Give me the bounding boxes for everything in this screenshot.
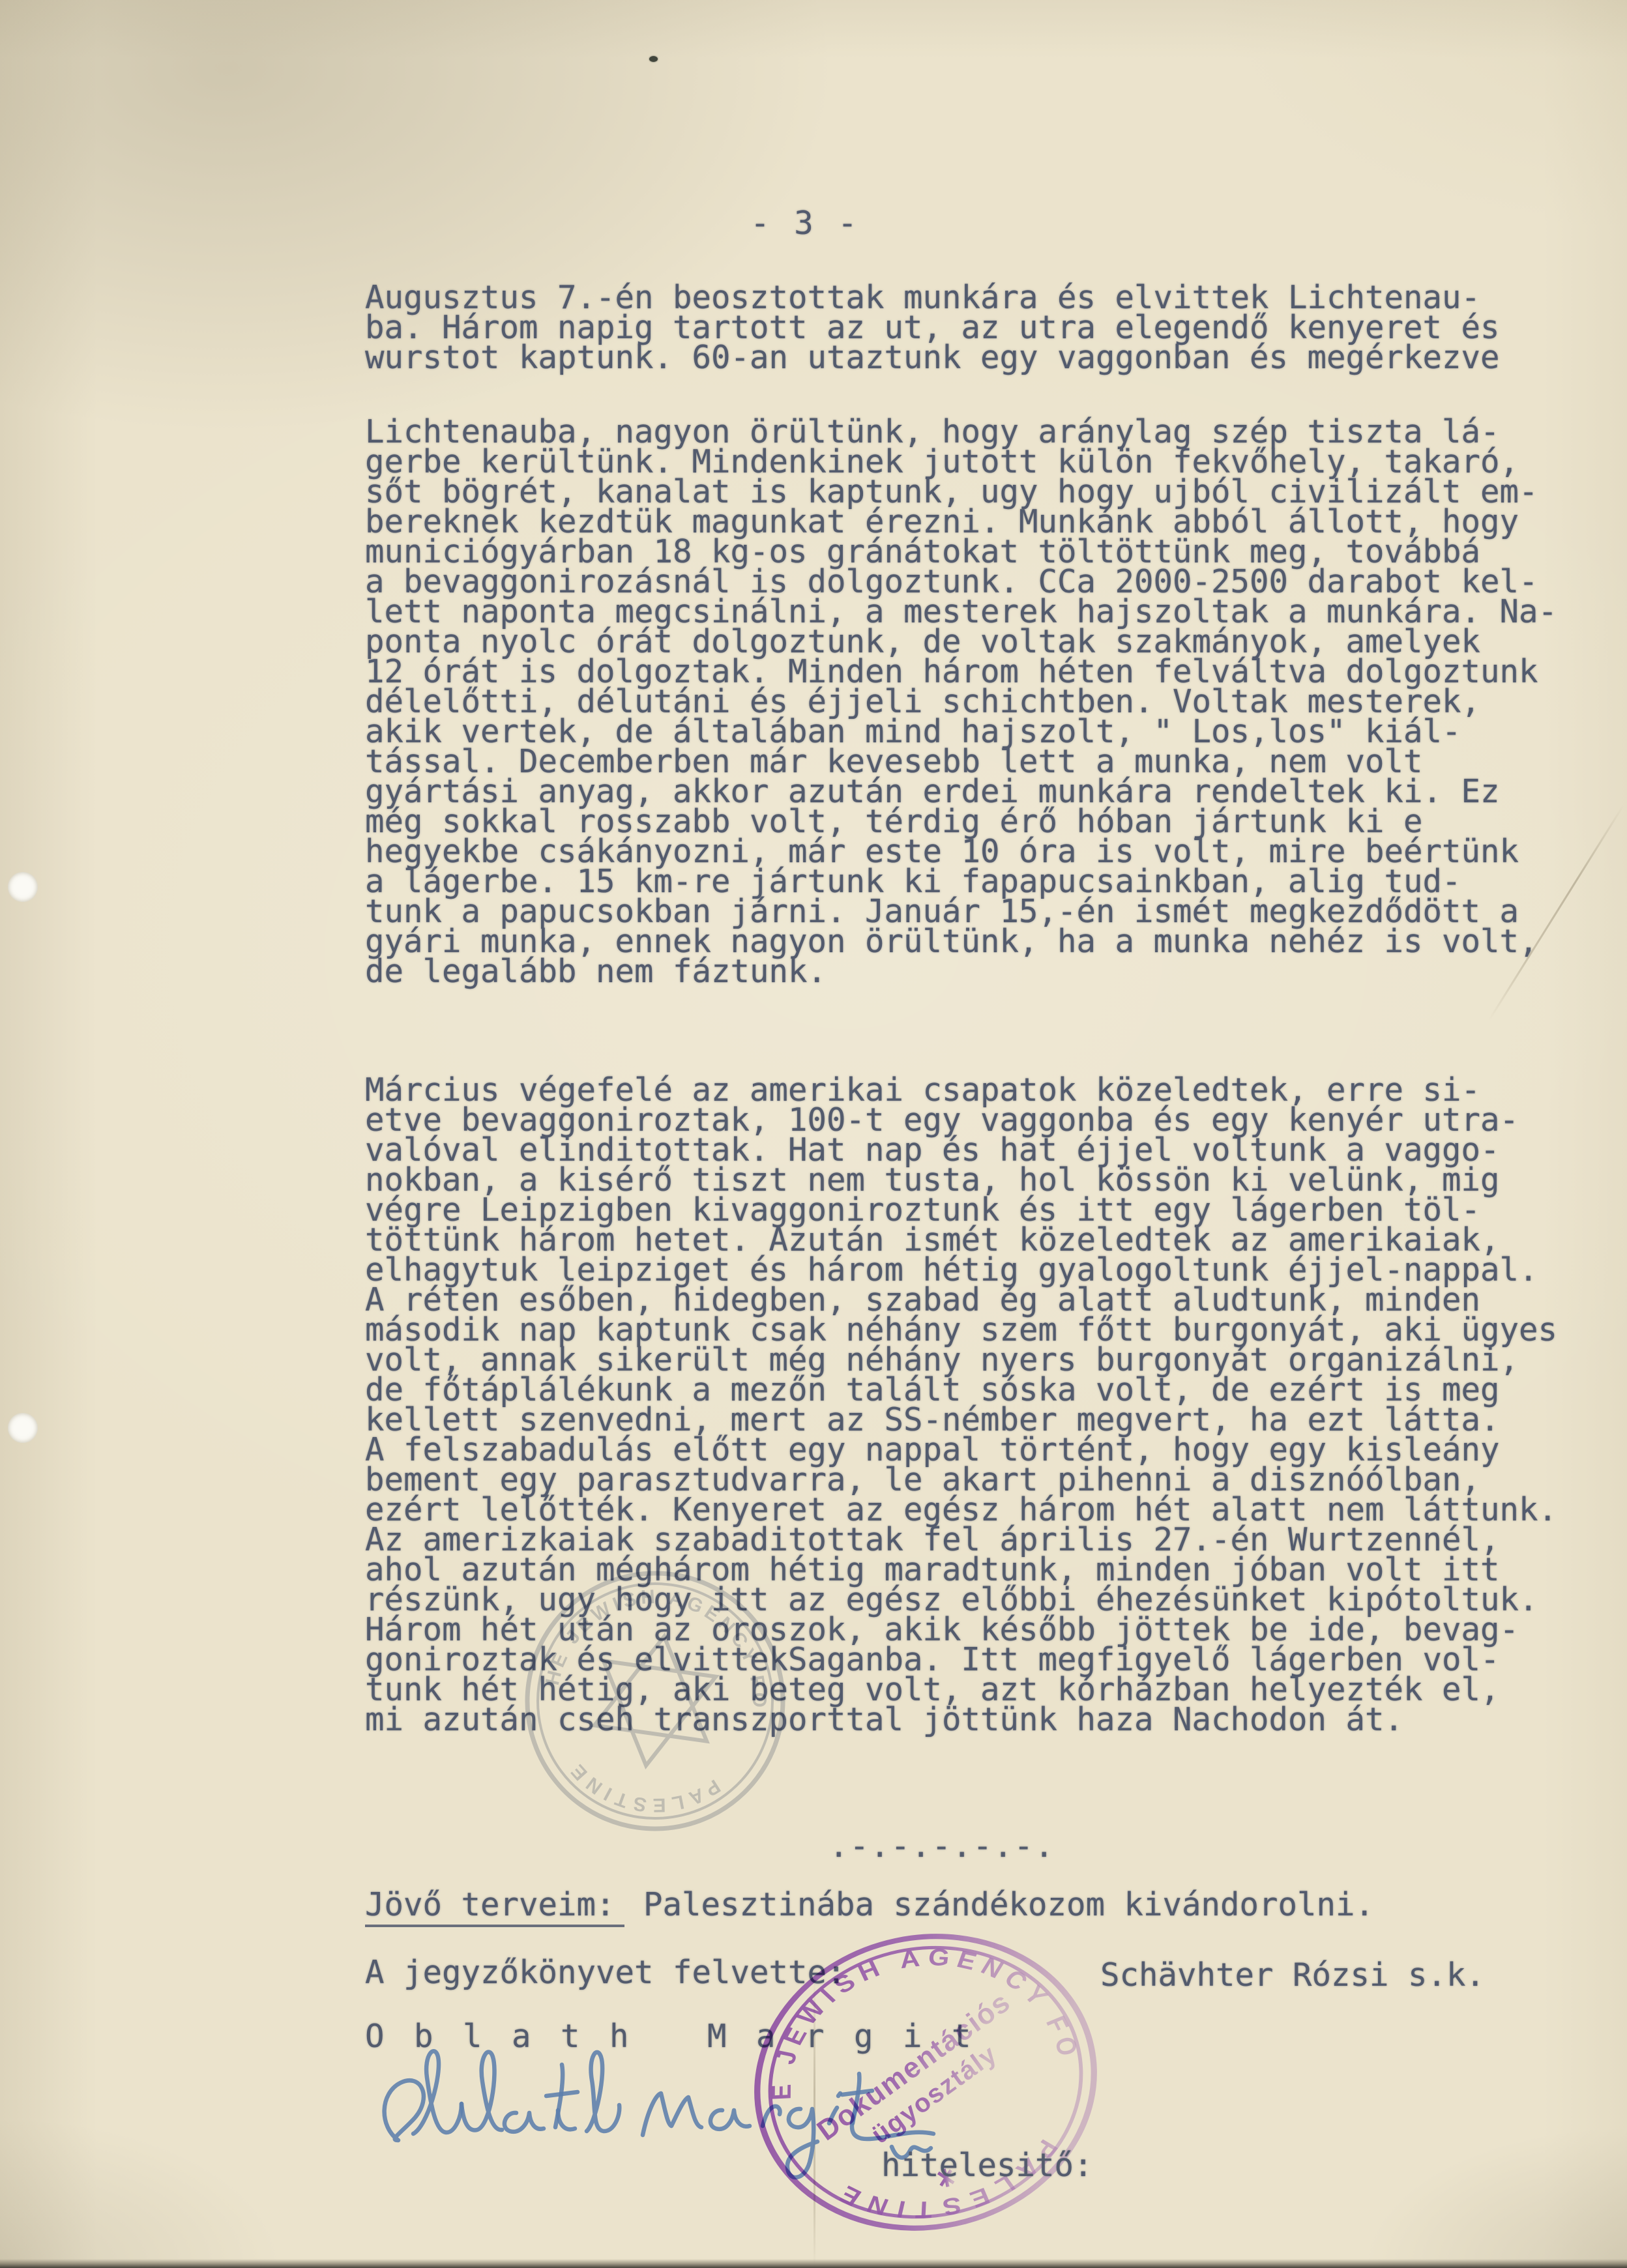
section-separator: .-.-.-.-.-.: [829, 1831, 1055, 1861]
future-plans-text: Palesztinába szándékozom kivándorolni.: [624, 1886, 1375, 1923]
stamp-arc-bottom-text: PALESTINE: [559, 1754, 726, 1826]
text-line: wurstot kaptunk. 60-an utaztunk egy vagg…: [365, 343, 1500, 373]
paragraph-3: Március végefelé az amerikai csapatok kö…: [365, 1075, 1557, 1735]
document-page: - 3 - Augusztus 7.-én beosztottak munkár…: [0, 0, 1627, 2268]
page-number: - 3 -: [733, 209, 877, 239]
paragraph-2: Lichtenauba, nagyon örültünk, hogy arány…: [365, 417, 1557, 987]
text-line: de legalább nem fáztunk.: [365, 957, 1557, 987]
punch-hole-bottom: [8, 1413, 38, 1443]
future-plans-line: Jövő terveim: Palesztinába szándékozom k…: [365, 1890, 1374, 1920]
svg-text:PALESTINE: PALESTINE: [559, 1754, 726, 1826]
recorded-by-label: A jegyzőkönyvet felvette:: [365, 1958, 846, 1988]
paragraph-1: Augusztus 7.-én beosztottak munkára és e…: [365, 283, 1500, 373]
text-line: mi azután cseh transzporttal jöttünk haz…: [365, 1705, 1557, 1735]
ink-speck: [649, 56, 658, 62]
future-plans-label: Jövő terveim:: [365, 1886, 624, 1927]
punch-hole-top: [8, 872, 38, 902]
recorded-by-name: Schävhter Rózsi s.k.: [1100, 1960, 1485, 1990]
certifier-label: hitelesitő:: [881, 2151, 1093, 2181]
